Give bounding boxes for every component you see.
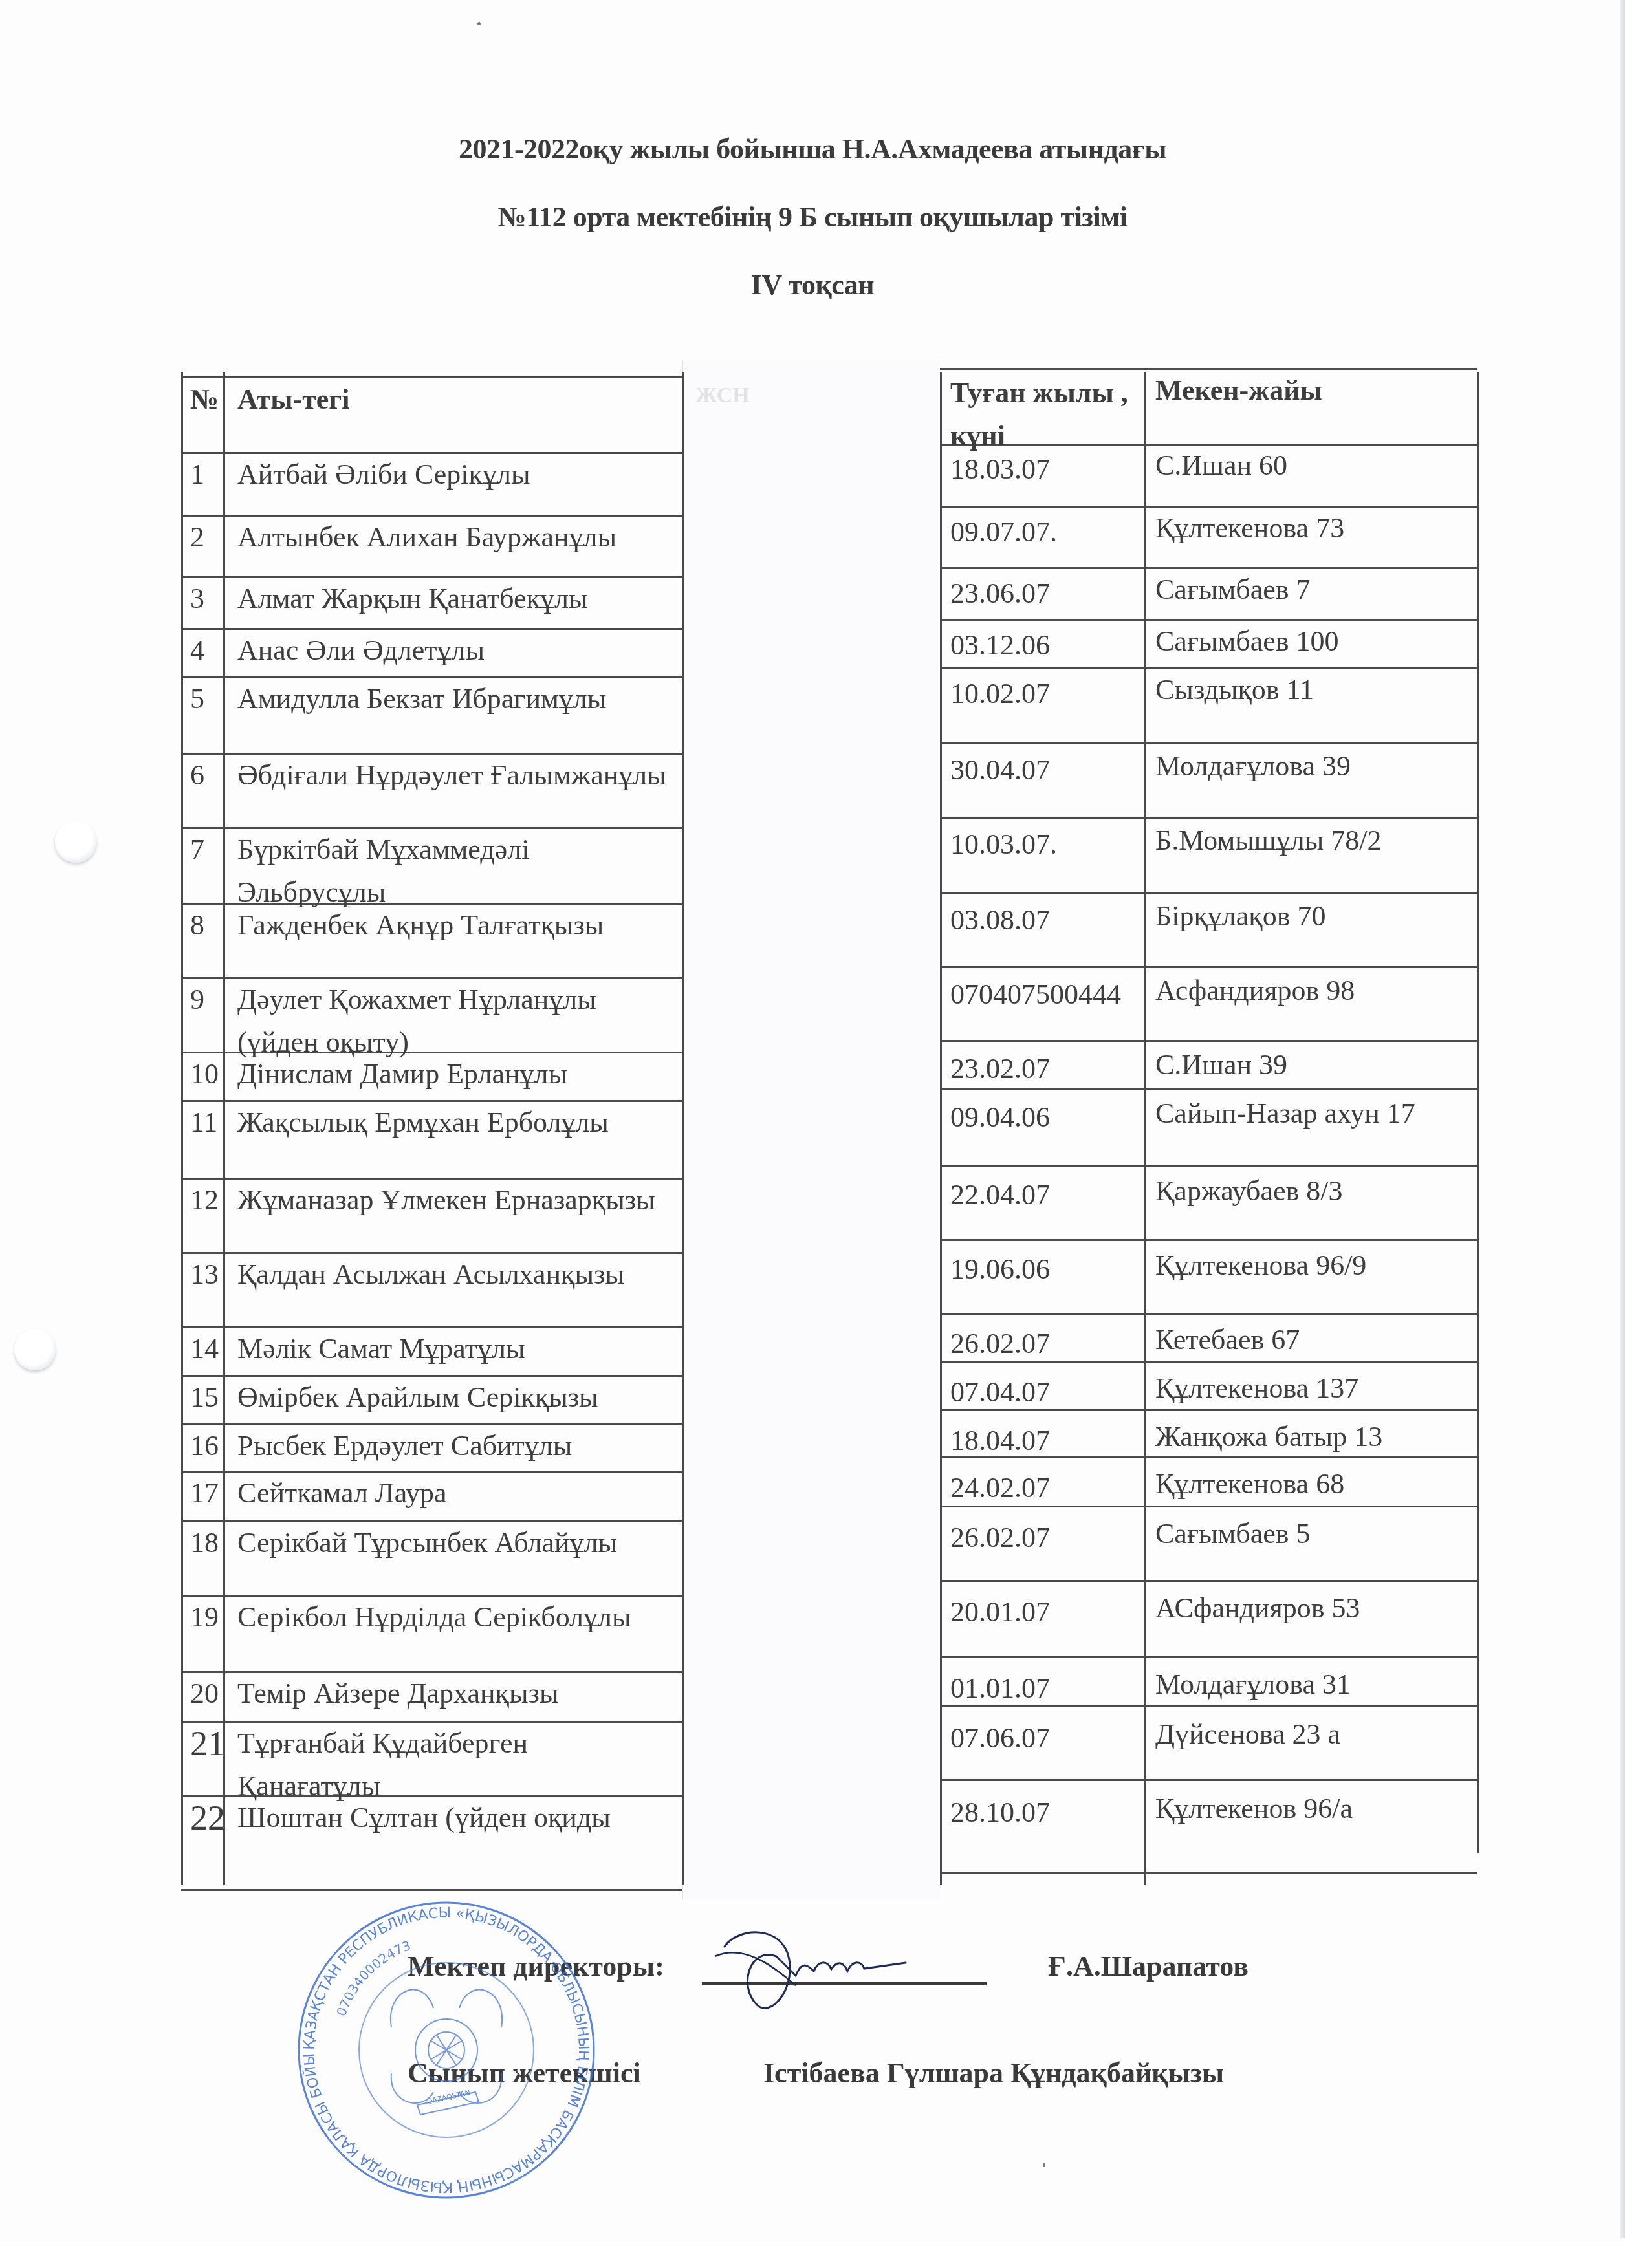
birth-date: 23.06.07	[950, 572, 1148, 615]
class-teacher-name: Істібаева Гүлшара Құндақбайқызы	[763, 2057, 1224, 2090]
table-row-border	[181, 376, 682, 378]
student-name: Алмат Жарқын Қанатбекұлы	[237, 578, 671, 620]
birth-date: 07.06.07	[950, 1717, 1148, 1760]
scan-speck	[477, 22, 481, 25]
student-name: Шоштан Сұлтан (үйден оқиды	[237, 1797, 671, 1839]
address: Сағымбаев 5	[1155, 1513, 1473, 1555]
row-number: 5	[181, 678, 223, 720]
birth-date: 24.02.07	[950, 1467, 1148, 1509]
student-name: Анас Әли Әдлетұлы	[237, 629, 671, 672]
birth-date: 09.07.07.	[950, 511, 1148, 554]
table-row-border	[940, 1040, 1477, 1042]
header-name: Аты-тегі	[237, 378, 677, 421]
row-number: 14	[181, 1328, 223, 1370]
document-title-line-2: №112 орта мектебінің 9 Б сынып оқушылар …	[0, 200, 1625, 233]
row-number: 19	[181, 1596, 223, 1639]
header-address: Мекен-жайы	[1155, 369, 1469, 412]
birth-date: 10.02.07	[950, 673, 1148, 715]
address: Құлтекенова 68	[1155, 1463, 1473, 1506]
school-stamp: ҚАЗАҚСТАН РЕСПУБЛИКАСЫ «ҚЫЗЫЛОРДА ОБЛЫСЫ…	[294, 1898, 598, 2202]
address: Б.Момышұлы 78/2	[1155, 819, 1473, 862]
row-number: 2	[181, 516, 223, 559]
address: Асфандияров 98	[1155, 969, 1473, 1012]
address: Молдағұлова 39	[1155, 745, 1473, 788]
birth-date: 28.10.07	[950, 1791, 1148, 1834]
address: Молдағұлова 31	[1155, 1663, 1473, 1706]
student-name: Гажденбек Ақнұр Талғатқызы	[237, 904, 671, 947]
birth-date: 26.02.07	[950, 1517, 1148, 1559]
student-name: Жұманазар Ұлмекен Ерназарқызы	[237, 1179, 671, 1222]
address: Бірқұлақов 70	[1155, 895, 1473, 938]
student-name: Өмірбек Арайлым Серікқызы	[237, 1376, 671, 1419]
row-number: 17	[181, 1472, 223, 1515]
student-name: Сейткамал Лаура	[237, 1472, 671, 1515]
student-name: Айтбай Әліби Серікұлы	[237, 453, 671, 496]
address: Дүйсенова 23 а	[1155, 1713, 1473, 1756]
row-number: 4	[181, 629, 223, 672]
document-title-line-3: IV тоқсан	[0, 268, 1625, 301]
student-name: Дәулет Қожахмет Нұрланұлы (үйден оқыту)	[237, 978, 671, 1064]
row-number: 9	[181, 978, 223, 1021]
row-number: 13	[181, 1253, 223, 1296]
table-row-border	[940, 1580, 1477, 1582]
address: Кетебаев 67	[1155, 1319, 1473, 1361]
scan-border	[0, 2242, 1625, 2268]
header-number: №	[181, 378, 223, 421]
address: Сағымбаев 100	[1155, 620, 1473, 663]
table-column-border	[223, 372, 225, 1885]
student-name: Амидулла Бекзат Ибрагимұлы	[237, 678, 671, 720]
table-row-border	[940, 966, 1477, 968]
table-row-border	[940, 1239, 1477, 1241]
table-row-border	[940, 1165, 1477, 1167]
birth-date: 03.12.06	[950, 624, 1148, 667]
paper-edge	[1620, 0, 1625, 2238]
row-number: 7	[181, 828, 223, 871]
birth-date: 26.02.07	[950, 1323, 1148, 1365]
table-column-border	[940, 372, 942, 1885]
address: Сайып-Назар ахун 17	[1155, 1092, 1473, 1135]
birth-date: 07.04.07	[950, 1371, 1148, 1414]
row-number: 3	[181, 578, 223, 620]
address: Құлтекенова 73	[1155, 507, 1473, 550]
address: АСфандияров 53	[1155, 1587, 1473, 1630]
student-name: Темір Айзере Дарханқызы	[237, 1672, 671, 1715]
student-name: Қалдан Асылжан Асылханқызы	[237, 1253, 671, 1296]
table-column-border	[1477, 372, 1479, 1853]
birth-date: 23.02.07	[950, 1048, 1148, 1090]
document-title-line-1: 2021-2022оқу жылы бойынша Н.А.Ахмадеева …	[0, 133, 1625, 166]
birth-date: 18.03.07	[950, 448, 1148, 491]
birth-date: 30.04.07	[950, 749, 1148, 792]
address: Сағымбаев 7	[1155, 568, 1473, 611]
table-row-border	[940, 892, 1477, 894]
student-name: Рысбек Ердәулет Сабитұлы	[237, 1425, 671, 1467]
table-row-border	[940, 817, 1477, 819]
table-row-border	[940, 1779, 1477, 1781]
birth-date: 10.03.07.	[950, 823, 1148, 866]
row-number: 16	[181, 1425, 223, 1467]
address: Құлтекенова 96/9	[1155, 1244, 1473, 1287]
row-number: 12	[181, 1179, 223, 1222]
row-number: 8	[181, 904, 223, 947]
address: Жанқожа батыр 13	[1155, 1416, 1473, 1458]
scan-speck	[1043, 2163, 1045, 2167]
student-name: Серікбай Тұрсынбек Аблайұлы	[237, 1522, 671, 1564]
birth-date: 19.06.06	[950, 1248, 1148, 1291]
birth-date: 01.01.07	[950, 1667, 1148, 1710]
birth-date: 09.04.06	[950, 1096, 1148, 1139]
student-name: Әбдіғали Нұрдәулет Ғалымжанұлы	[237, 754, 671, 797]
table-column-border	[682, 372, 684, 1885]
student-name: Бүркітбай Мұхаммедәлі Эльбрусұлы	[237, 828, 671, 914]
director-name: Ғ.А.Шарапатов	[1048, 1950, 1249, 1983]
birth-date: 18.04.07	[950, 1420, 1148, 1462]
table-row-border	[940, 742, 1477, 744]
address: С.Ишан 39	[1155, 1044, 1473, 1086]
row-number: 6	[181, 754, 223, 797]
row-number: 10	[181, 1053, 223, 1096]
address: Сыздықов 11	[1155, 669, 1473, 711]
birth-date: 070407500444	[950, 973, 1148, 1016]
header-birth: Туған жылы , күні	[950, 372, 1141, 457]
row-number: 22	[181, 1797, 223, 1839]
punch-hole-bottom	[14, 1329, 56, 1370]
address: Қаржаубаев 8/3	[1155, 1170, 1473, 1213]
student-name: Алтынбек Алихан Бауржанұлы	[237, 516, 671, 559]
student-name: Жақсылық Ермұхан Ерболұлы	[237, 1101, 671, 1144]
stamp-emblem-text: QAZAQSTAN	[426, 2088, 472, 2106]
table-row-border	[181, 1889, 682, 1891]
birth-date: 03.08.07	[950, 899, 1148, 942]
table-row-border	[940, 1872, 1477, 1874]
row-number: 18	[181, 1522, 223, 1564]
address: Құлтекенова 137	[1155, 1367, 1473, 1410]
student-name: Тұрғанбай Құдайберген Қанағатұлы	[237, 1722, 671, 1808]
row-number: 15	[181, 1376, 223, 1419]
covered-column-header: ЖСН	[695, 383, 750, 408]
address: Құлтекенов 96/а	[1155, 1787, 1473, 1830]
student-name: Дінислам Дамир Ерланұлы	[237, 1053, 671, 1096]
director-signature	[712, 1921, 919, 2024]
student-name: Серікбол Нұрділда Серікболұлы	[237, 1596, 671, 1639]
punch-hole-top	[55, 821, 96, 863]
row-number: 20	[181, 1672, 223, 1715]
row-number: 21	[181, 1722, 223, 1765]
address: С.Ишан 60	[1155, 444, 1473, 487]
birth-date: 20.01.07	[950, 1591, 1148, 1634]
birth-date: 22.04.07	[950, 1174, 1148, 1216]
table-row-border	[940, 1313, 1477, 1315]
covered-column-strip	[682, 360, 941, 1899]
student-name: Мәлік Самат Мұратұлы	[237, 1328, 671, 1370]
row-number: 1	[181, 453, 223, 496]
table-row-border	[940, 1656, 1477, 1658]
row-number: 11	[181, 1101, 223, 1144]
